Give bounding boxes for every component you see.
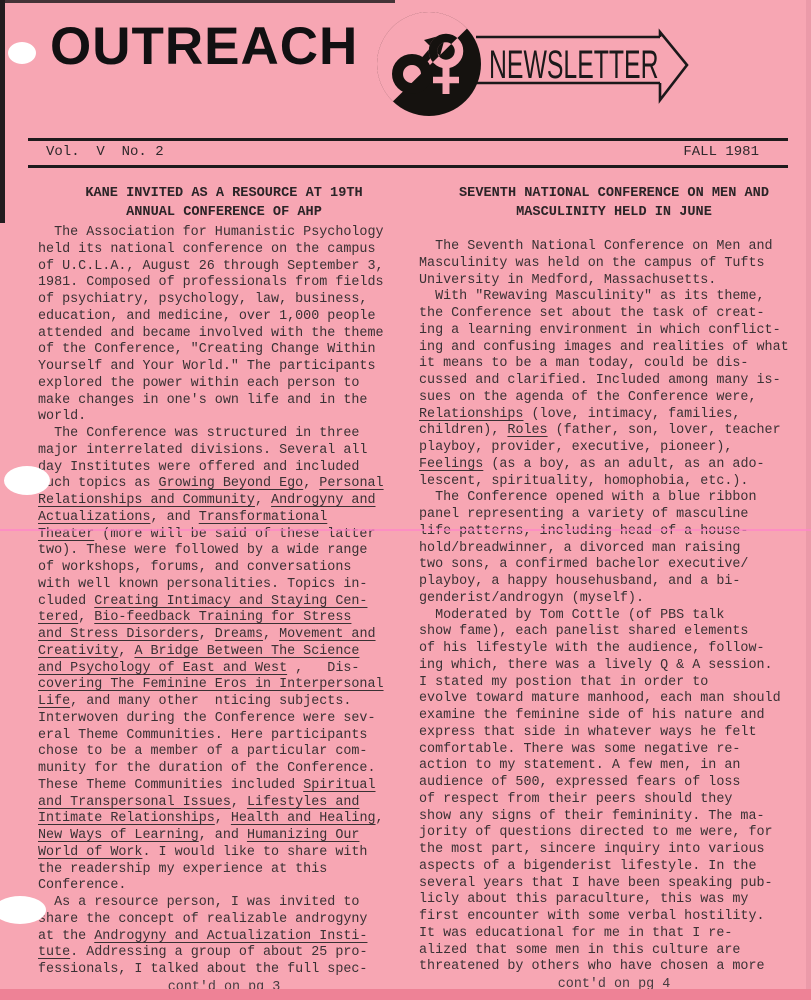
text-line: As a resource person, I was invited to	[38, 895, 410, 912]
text-line: The Conference was structured in three	[38, 426, 410, 443]
text-line: of his lifestyle with the audience, foll…	[419, 641, 809, 658]
text-line: genderist/androgyn (myself).	[419, 591, 809, 608]
text-line: jority of questions directed to me were,…	[419, 825, 809, 842]
text-line: express that side in whatever ways he fe…	[419, 725, 809, 742]
right-article-title: SEVENTH NATIONAL CONFERENCE ON MEN ANDMA…	[419, 184, 809, 222]
text-line: attended and became involved with the th…	[38, 326, 410, 343]
bottom-rule	[28, 165, 788, 168]
text-line: make changes in one's own life and in th…	[38, 393, 410, 410]
text-line: munity for the duration of the Conferenc…	[38, 761, 410, 778]
text-line: held its national conference on the camp…	[38, 242, 410, 259]
text-line: KANE INVITED AS A RESOURCE AT 19TH	[38, 184, 410, 203]
text-line: sues on the agenda of the Conference wer…	[419, 390, 809, 407]
text-line: evolve toward mature manhood, each man s…	[419, 691, 809, 708]
text-line: the readership my experience at this	[38, 862, 410, 879]
text-line: Intimate Relationships, Health and Heali…	[38, 811, 410, 828]
text-line: ing and confusing images and realities o…	[419, 340, 809, 357]
text-line: cussed and clarified. Included among man…	[419, 373, 809, 390]
text-line: These Theme Communities included Spiritu…	[38, 778, 410, 795]
text-line: and Transpersonal Issues, Lifestyles and	[38, 795, 410, 812]
text-line: and Psychology of East and West , Dis-	[38, 661, 410, 678]
text-line: lescent, spirituality, homophobia, etc.)…	[419, 474, 809, 491]
text-line: I stated my postion that in order to	[419, 675, 809, 692]
text-line: ing a learning environment in which conf…	[419, 323, 809, 340]
text-line: threatened by others who have chosen a m…	[419, 959, 809, 976]
text-line: hold/breadwinner, a divorced man raising	[419, 541, 809, 558]
text-line: ing which, there was a lively Q & A sess…	[419, 658, 809, 675]
text-line: Yourself and Your World." The participan…	[38, 359, 410, 376]
text-line: of the Conference, "Creating Change With…	[38, 342, 410, 359]
text-line: Feelings (as a boy, as an adult, as an a…	[419, 457, 809, 474]
text-line: Life, and many other nticing subjects.	[38, 694, 410, 711]
text-line: Relationships and Community, Androgyny a…	[38, 493, 410, 510]
text-line: world.	[38, 409, 410, 426]
right-article-body: The Seventh National Conference on Men a…	[419, 239, 809, 976]
text-line: SEVENTH NATIONAL CONFERENCE ON MEN AND	[419, 184, 809, 203]
text-line: Conference.	[38, 878, 410, 895]
text-line: the most part, sincere inquiry into vari…	[419, 842, 809, 859]
text-line: Masculinity was held on the campus of Tu…	[419, 256, 809, 273]
text-line: audience of 500, expressed fears of loss	[419, 775, 809, 792]
text-line: the Conference set about the task of cre…	[419, 306, 809, 323]
text-line: alized that some men in this culture are	[419, 943, 809, 960]
text-line: it means to be a man today, could be dis…	[419, 356, 809, 373]
text-line: several years that I have been speaking …	[419, 876, 809, 893]
newsletter-page: OUTREACH	[0, 0, 811, 1000]
text-line: day Institutes were offered and included	[38, 460, 410, 477]
text-line: explored the power within each person to	[38, 376, 410, 393]
scan-line-artifact	[0, 529, 811, 531]
text-line: comfortable. There was some negative re-	[419, 742, 809, 759]
text-line: tered, Bio-feedback Training for Stress	[38, 610, 410, 627]
scan-edge-top	[0, 0, 395, 3]
text-line: two sons, a confirmed bachelor executive…	[419, 557, 809, 574]
season-label: FALL 1981	[683, 144, 759, 160]
text-line: World of Work. I would like to share wit…	[38, 845, 410, 862]
top-rule	[28, 138, 788, 141]
text-line: The Seventh National Conference on Men a…	[419, 239, 809, 256]
newsletter-banner-label: NEWSLETTER	[489, 45, 658, 85]
text-line: of respect from their peers should they	[419, 792, 809, 809]
text-line: two). These were followed by a wide rang…	[38, 543, 410, 560]
text-line: covering The Feminine Eros in Interperso…	[38, 677, 410, 694]
masthead-title: OUTREACH	[50, 20, 358, 73]
left-article-body: The Association for Humanistic Psycholog…	[38, 225, 410, 979]
text-line: With "Rewaving Masculinity" as its theme…	[419, 289, 809, 306]
left-article-title: KANE INVITED AS A RESOURCE AT 19THANNUAL…	[38, 184, 410, 222]
text-line: MASCULINITY HELD IN JUNE	[419, 203, 809, 222]
scan-edge-left	[0, 0, 5, 223]
right-article: SEVENTH NATIONAL CONFERENCE ON MEN ANDMA…	[419, 184, 809, 992]
text-line: licly about this paraculture, this was m…	[419, 892, 809, 909]
text-line: chose to be a member of a particular com…	[38, 744, 410, 761]
text-line: education, and medicine, over 1,000 peop…	[38, 309, 410, 326]
text-line: Interwoven during the Conference were se…	[38, 711, 410, 728]
scan-edge-right	[806, 0, 811, 1000]
text-line: action to my statement. A few men, in an	[419, 758, 809, 775]
text-line: Moderated by Tom Cottle (of PBS talk	[419, 608, 809, 625]
text-line: such topics as Growing Beyond Ego, Perso…	[38, 476, 410, 493]
hole-punch	[4, 466, 50, 495]
text-line: life patterns, including head of a house…	[419, 524, 809, 541]
text-line: playboy, provider, executive, pioneer),	[419, 440, 809, 457]
text-line: fessionals, I talked about the full spec…	[38, 962, 410, 979]
text-line: at the Androgyny and Actualization Insti…	[38, 929, 410, 946]
text-line: of U.C.L.A., August 26 through September…	[38, 259, 410, 276]
text-line: tute. Addressing a group of about 25 pro…	[38, 945, 410, 962]
text-line: examine the feminine side of his nature …	[419, 708, 809, 725]
text-line: It was educational for me in that I re-	[419, 926, 809, 943]
text-line: Relationships (love, intimacy, families,	[419, 407, 809, 424]
text-line: Actualizations, and Transformational	[38, 510, 410, 527]
text-line: panel representing a variety of masculin…	[419, 507, 809, 524]
text-line: The Association for Humanistic Psycholog…	[38, 225, 410, 242]
text-line: major interrelated divisions. Several al…	[38, 443, 410, 460]
text-line: of workshops, forums, and conversations	[38, 560, 410, 577]
text-line: and Stress Disorders, Dreams, Movement a…	[38, 627, 410, 644]
text-line: of psychiatry, psychology, law, business…	[38, 292, 410, 309]
text-line: show any signs of their femininity. The …	[419, 809, 809, 826]
text-line: first encounter with some verbal hostili…	[419, 909, 809, 926]
text-line: The Conference opened with a blue ribbon	[419, 490, 809, 507]
left-article: KANE INVITED AS A RESOURCE AT 19THANNUAL…	[38, 184, 410, 995]
text-line: playboy, a happy househusband, and a bi-	[419, 574, 809, 591]
text-line: University in Medford, Massachusetts.	[419, 273, 809, 290]
text-line: New Ways of Learning, and Humanizing Our	[38, 828, 410, 845]
scan-edge-bottom	[0, 989, 811, 1000]
text-line: share the concept of realizable androgyn…	[38, 912, 410, 929]
text-line: Creativity, A Bridge Between The Science	[38, 644, 410, 661]
text-line: aspects of a bigenderist lifestyle. In t…	[419, 859, 809, 876]
volume-label: Vol. V No. 2	[46, 144, 164, 160]
text-line: ANNUAL CONFERENCE OF AHP	[38, 203, 410, 222]
text-line: eral Theme Communities. Here participant…	[38, 728, 410, 745]
text-line: cluded Creating Intimacy and Staying Cen…	[38, 594, 410, 611]
text-line: show fame), each panelist shared element…	[419, 624, 809, 641]
text-line: 1981. Composed of professionals from fie…	[38, 275, 410, 292]
text-line: with well known personalities. Topics in…	[38, 577, 410, 594]
text-line: children), Roles (father, son, lover, te…	[419, 423, 809, 440]
hole-punch	[8, 42, 36, 64]
